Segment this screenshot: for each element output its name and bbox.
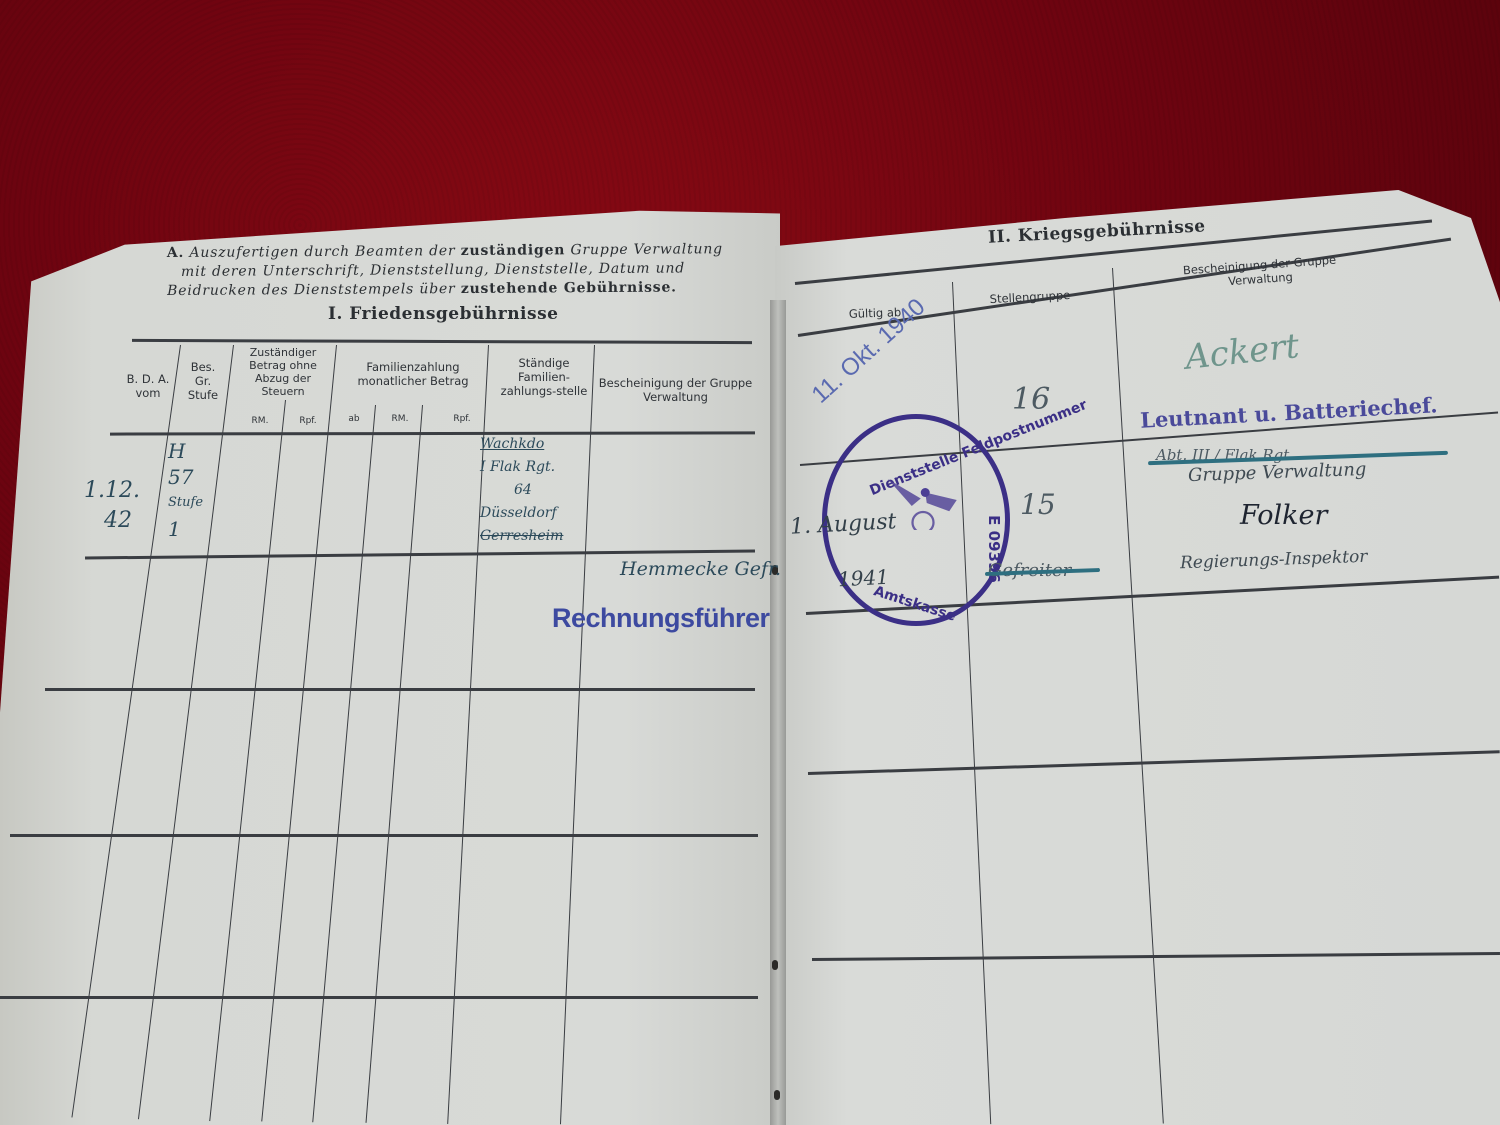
binding-stitch	[772, 960, 778, 970]
hand-text: 64	[480, 479, 590, 502]
hand-text: Gerresheim	[480, 525, 590, 548]
left-page	[0, 208, 780, 1125]
unit-rpf: Rpf.	[440, 412, 484, 426]
hand-text: 1	[168, 516, 203, 542]
intro-text: Gruppe Verwaltung	[570, 241, 722, 258]
section-letter: A.	[167, 245, 184, 261]
hand-text: Düsseldorf	[480, 502, 590, 525]
col-header-bescheinigung: Bescheinigung der Gruppe Verwaltung	[598, 376, 753, 404]
binding-stitch	[774, 1090, 780, 1100]
row-rule	[0, 996, 758, 999]
intro-text: Beidrucken des Dienststempels über	[167, 281, 455, 299]
unit-rpf: Rpf.	[288, 414, 328, 428]
row-rule	[10, 834, 758, 837]
book-gutter	[770, 300, 786, 1125]
header-sub: Gr. Stufe	[180, 374, 226, 402]
stamp-rechnungsfuehrer: Rechnungsführer	[552, 603, 770, 634]
hand-text: 1.12.	[84, 476, 140, 506]
entry-zahlungsstelle: Wachkdo I Flak Rgt. 64 Düsseldorf Gerres…	[480, 433, 590, 548]
hand-text: Wachkdo	[480, 433, 590, 456]
header-label: Bes.	[180, 360, 226, 374]
stellengruppe-15: 15	[1020, 488, 1056, 521]
col-header-zahlungsstelle: Ständige Familien-zahlungs-stelle	[500, 356, 588, 398]
intro-instructions: A. Auszufertigen durch Beamten der zustä…	[167, 240, 757, 301]
col-header-familienzahlung: Familienzahlung monatlicher Betrag	[338, 360, 488, 388]
hand-text: Stufe	[168, 490, 203, 516]
section-title-peace: I. Friedensgebührnisse	[328, 304, 558, 324]
signature-folker: Folker	[1240, 500, 1327, 531]
intro-bold: zuständigen	[461, 242, 566, 259]
entry-bes-gr: H 57 Stufe 1	[168, 438, 203, 542]
intro-text: Auszufertigen durch Beamten der	[189, 243, 455, 261]
unit-rm: RM.	[240, 414, 280, 428]
hand-text: 42	[84, 506, 140, 536]
col-header-betrag: Zuständiger Betrag ohne Abzug der Steuer…	[233, 346, 333, 398]
date-1941: 1941	[837, 565, 889, 592]
hand-text: 57	[168, 464, 203, 490]
intro-bold: zustehende Gebührnisse.	[461, 280, 677, 298]
hand-text: H	[168, 438, 203, 464]
col-header-bda: B. D. A. vom	[118, 372, 178, 400]
unit-rm: RM.	[378, 412, 422, 426]
entry-bda-date: 1.12. 42	[84, 476, 140, 536]
unit-ab: ab	[336, 412, 372, 426]
signature-hemmecke: Hemmecke Gefr.	[620, 558, 781, 580]
hand-text: I Flak Rgt.	[480, 456, 590, 479]
col-header-bes: Bes. Gr. Stufe	[180, 360, 226, 402]
header-sub: vom	[118, 386, 178, 400]
header-label: B. D. A.	[118, 372, 178, 386]
